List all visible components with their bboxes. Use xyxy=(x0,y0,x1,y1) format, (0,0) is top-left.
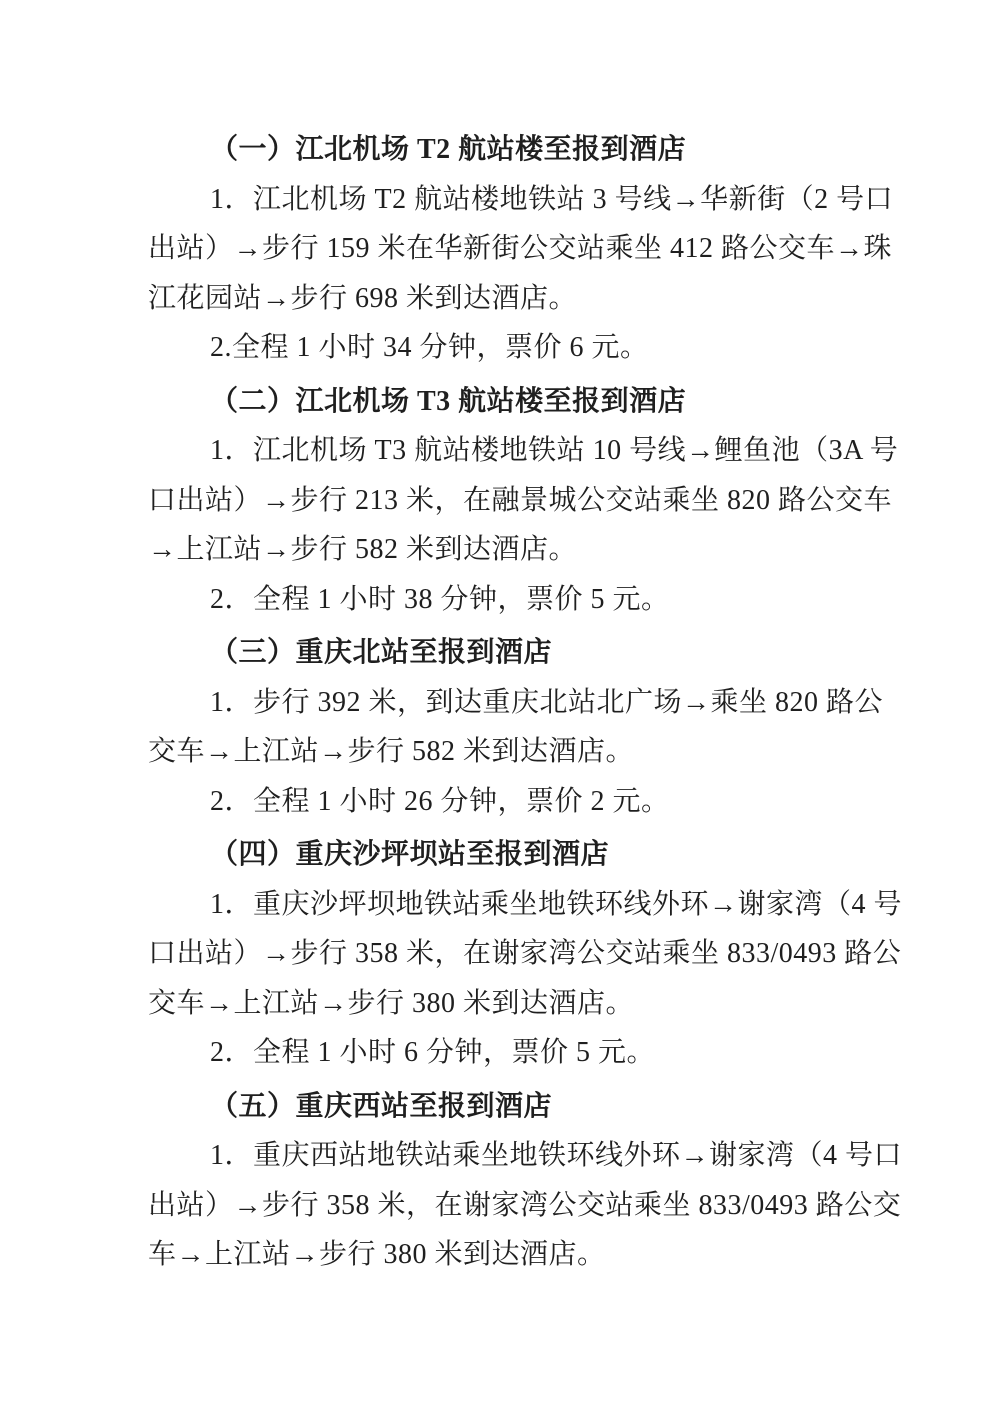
route-line: 1．江北机场 T3 航站楼地铁站 10 号线→鲤鱼池（3A 号 xyxy=(148,426,864,476)
route-line: 1．江北机场 T2 航站楼地铁站 3 号线→华新街（2 号口 xyxy=(148,175,864,225)
route-summary-line: 2．全程 1 小时 38 分钟，票价 5 元。 xyxy=(148,575,864,625)
document-page: （一）江北机场 T2 航站楼至报到酒店 1．江北机场 T2 航站楼地铁站 3 号… xyxy=(148,125,864,1280)
route-line: →上江站→步行 582 米到达酒店。 xyxy=(148,525,864,575)
route-line: 1．重庆西站地铁站乘坐地铁环线外环→谢家湾（4 号口 xyxy=(148,1131,864,1181)
route-line: 口出站）→步行 358 米，在谢家湾公交站乘坐 833/0493 路公 xyxy=(148,929,864,979)
route-line: 出站）→步行 358 米，在谢家湾公交站乘坐 833/0493 路公交 xyxy=(148,1181,864,1231)
route-line: 江花园站→步行 698 米到达酒店。 xyxy=(148,274,864,324)
route-line: 交车→上江站→步行 380 米到达酒店。 xyxy=(148,979,864,1029)
route-line: 1．步行 392 米，到达重庆北站北广场→乘坐 820 路公 xyxy=(148,678,864,728)
route-summary-line: 2.全程 1 小时 34 分钟，票价 6 元。 xyxy=(148,323,864,373)
route-summary-line: 2．全程 1 小时 26 分钟，票价 2 元。 xyxy=(148,777,864,827)
route-line: 车→上江站→步行 380 米到达酒店。 xyxy=(148,1230,864,1280)
section-heading-1: （一）江北机场 T2 航站楼至报到酒店 xyxy=(148,125,864,175)
section-heading-3: （三）重庆北站至报到酒店 xyxy=(148,628,864,678)
section-heading-4: （四）重庆沙坪坝站至报到酒店 xyxy=(148,830,864,880)
route-line: 口出站）→步行 213 米，在融景城公交站乘坐 820 路公交车 xyxy=(148,476,864,526)
section-heading-5: （五）重庆西站至报到酒店 xyxy=(148,1082,864,1132)
route-line: 出站）→步行 159 米在华新街公交站乘坐 412 路公交车→珠 xyxy=(148,224,864,274)
route-line: 1．重庆沙坪坝地铁站乘坐地铁环线外环→谢家湾（4 号 xyxy=(148,880,864,930)
section-heading-2: （二）江北机场 T3 航站楼至报到酒店 xyxy=(148,377,864,427)
route-summary-line: 2．全程 1 小时 6 分钟，票价 5 元。 xyxy=(148,1028,864,1078)
route-line: 交车→上江站→步行 582 米到达酒店。 xyxy=(148,727,864,777)
